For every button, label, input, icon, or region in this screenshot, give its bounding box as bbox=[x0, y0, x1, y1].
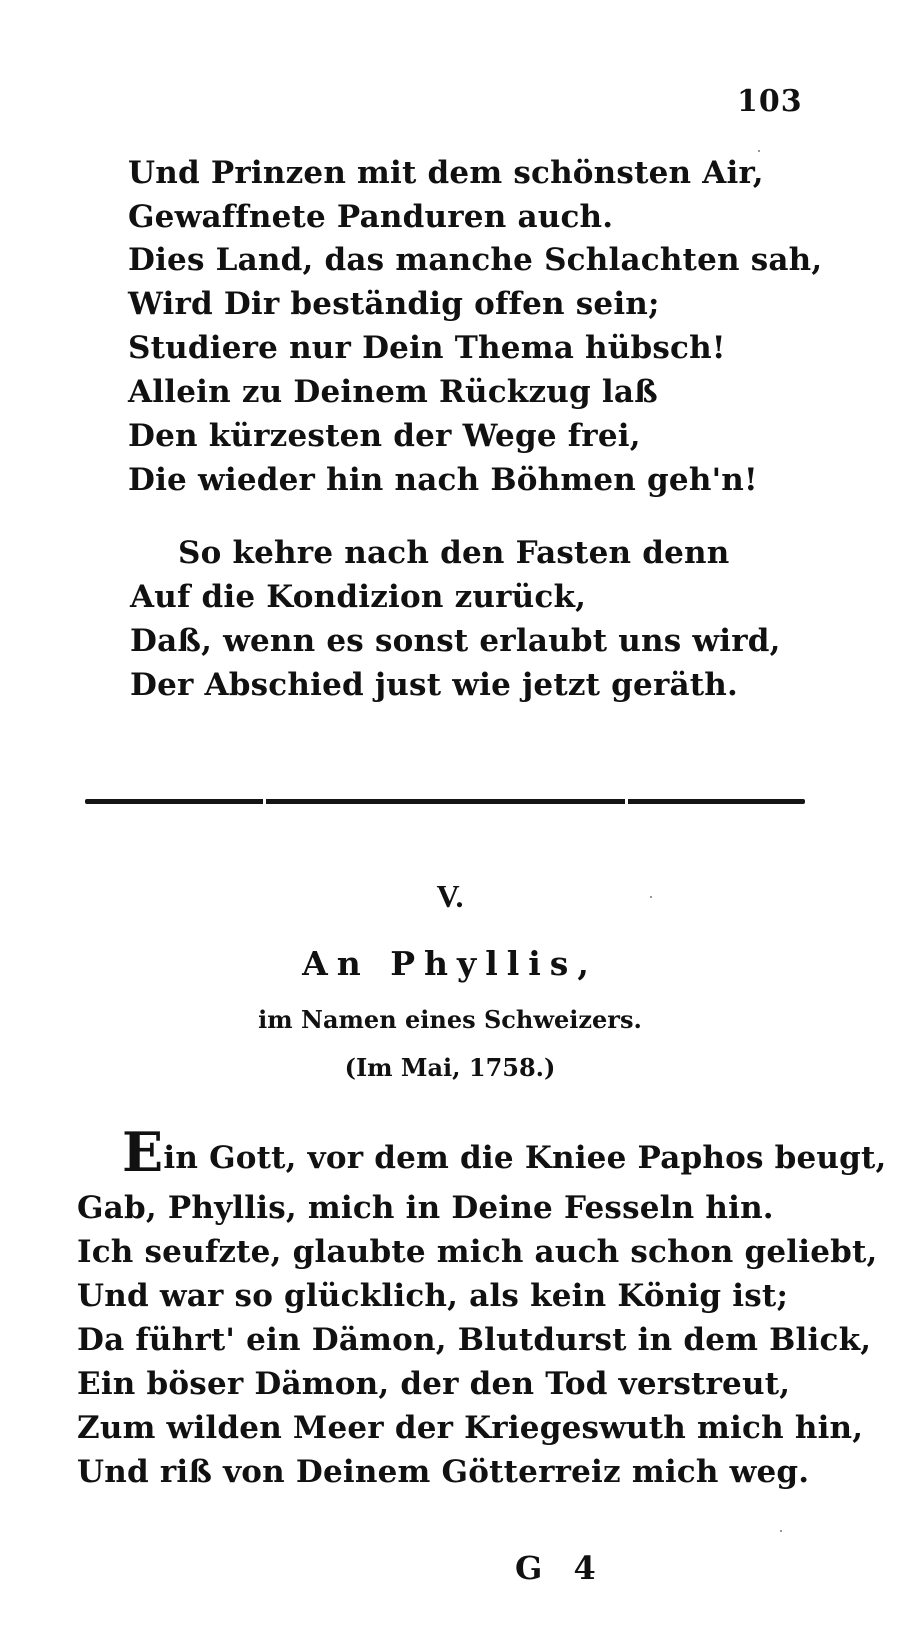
verse-line: Gewaffnete Panduren auch. bbox=[128, 202, 613, 233]
verse-line: Allein zu Deinem Rückzug laß bbox=[128, 377, 658, 408]
verse-line: Und Prinzen mit dem schönsten Air, bbox=[128, 158, 764, 189]
verse-line: Auf die Kondizion zurück, bbox=[130, 582, 586, 613]
verse-line: Gab, Phyllis, mich in Deine Fesseln hin. bbox=[77, 1193, 774, 1224]
signature-mark: G 4 bbox=[515, 1549, 606, 1587]
print-speck bbox=[620, 553, 622, 555]
print-speck bbox=[758, 150, 760, 152]
poem-subtitle: im Namen eines Schweizers. bbox=[0, 1008, 900, 1032]
rule-gap bbox=[625, 799, 628, 804]
verse-line: Die wieder hin nach Böhmen geh'n! bbox=[128, 465, 758, 496]
first-verse-line: Ein Gott, vor dem die Kniee Paphos beugt… bbox=[122, 1125, 887, 1179]
verse-line: Zum wilden Meer der Kriegeswuth mich hin… bbox=[77, 1413, 863, 1444]
verse-line: Daß, wenn es sonst erlaubt uns wird, bbox=[130, 626, 781, 657]
verse-line: Da führt' ein Dämon, Blutdurst in dem Bl… bbox=[77, 1325, 871, 1356]
verse-line: Der Abschied just wie jetzt geräth. bbox=[130, 670, 738, 701]
poem-date: (Im Mai, 1758.) bbox=[0, 1056, 900, 1080]
verse-line: So kehre nach den Fasten denn bbox=[178, 538, 730, 569]
verse-line: Ein böser Dämon, der den Tod verstreut, bbox=[77, 1369, 790, 1400]
first-line-text: in Gott, vor dem die Kniee Paphos beugt, bbox=[163, 1140, 886, 1176]
poem-title: An Phyllis, bbox=[0, 947, 900, 980]
verse-line: Studiere nur Dein Thema hübsch! bbox=[128, 333, 726, 364]
print-speck bbox=[650, 896, 652, 898]
verse-line: Den kürzesten der Wege frei, bbox=[128, 421, 641, 452]
section-divider-rule bbox=[85, 799, 805, 804]
rule-gap bbox=[263, 799, 266, 804]
book-page: 103 Und Prinzen mit dem schönsten Air, G… bbox=[0, 0, 900, 1639]
verse-line: Ich seufzte, glaubte mich auch schon gel… bbox=[77, 1237, 878, 1268]
verse-line: Und riß von Deinem Götterreiz mich weg. bbox=[77, 1457, 809, 1488]
verse-line: Wird Dir beständig offen sein; bbox=[128, 289, 660, 320]
section-number: V. bbox=[0, 880, 900, 912]
verse-line: Dies Land, das manche Schlachten sah, bbox=[128, 245, 822, 276]
drop-cap: E bbox=[122, 1120, 163, 1184]
verse-line: Und war so glücklich, als kein König ist… bbox=[77, 1281, 788, 1312]
print-speck bbox=[780, 1530, 782, 1532]
page-number: 103 bbox=[737, 84, 803, 119]
